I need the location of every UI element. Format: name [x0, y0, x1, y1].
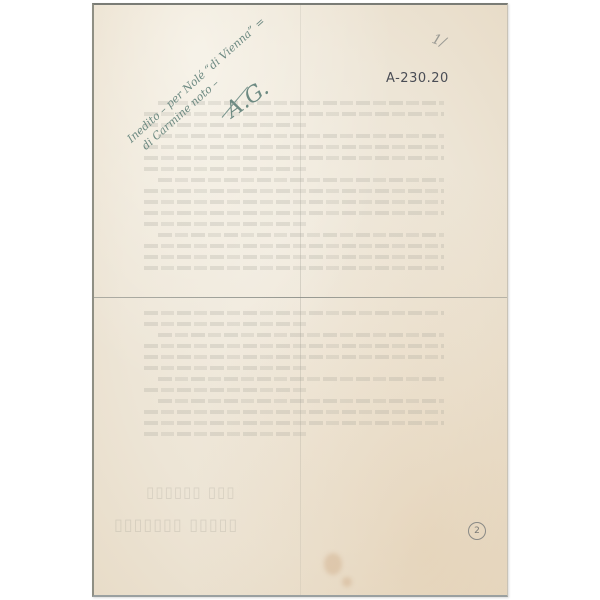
faint-stamp-lower: ▯▯▯▯▯▯▯ ▯▯▯▯▯ [114, 515, 238, 534]
stain [324, 553, 342, 575]
faint-stamp-upper: ▯▯▯▯▯▯ ▯▯▯ [146, 483, 236, 501]
scan-canvas: ▯▯▯▯▯▯ ▯▯▯ ▯▯▯▯▯▯▯ ▯▯▯▯▯ A-230.20 1/ Ine… [0, 0, 600, 600]
document-sheet: ▯▯▯▯▯▯ ▯▯▯ ▯▯▯▯▯▯▯ ▯▯▯▯▯ A-230.20 1/ Ine… [92, 3, 508, 597]
bleed-through-text-upper [144, 101, 444, 277]
stain [342, 577, 352, 587]
circled-page-number: 2 [468, 522, 486, 540]
bleed-through-text-lower [144, 311, 444, 443]
corner-mark: 1/ [430, 31, 448, 51]
archive-number: A-230.20 [386, 71, 449, 86]
vertical-fold-line [300, 5, 301, 595]
